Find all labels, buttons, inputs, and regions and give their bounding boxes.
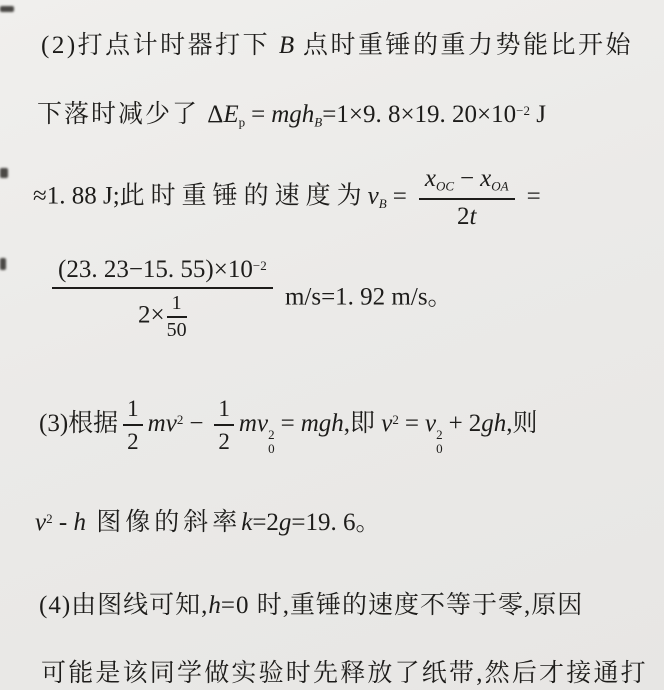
text-run: 下落时减少了 <box>37 101 207 128</box>
text-run: 此时重锤的速度为 <box>120 183 368 210</box>
exponent-minus2: −2 <box>516 103 530 118</box>
fraction-denominator: 2 <box>123 426 143 455</box>
superscript-2: 2 <box>177 412 184 427</box>
subscript-0: 0 <box>436 442 443 456</box>
coefficient-2: 2 <box>457 203 470 230</box>
var-v: v <box>425 410 436 437</box>
numeric-run: (23. 23−15. 55)×10 <box>58 256 253 283</box>
scanned-physics-solution-page: (2)打点计时器打下 B 点时重锤的重力势能比开始 下落时减少了 ΔEp=mgh… <box>0 0 664 690</box>
scan-artifact <box>0 258 6 270</box>
var-v: v <box>381 410 392 437</box>
exponent-minus2: −2 <box>253 258 267 273</box>
text-run: (4)由图线可知, <box>39 592 208 619</box>
fraction-denominator: 50 <box>167 318 187 342</box>
fraction-denominator: 2t <box>419 200 515 231</box>
step3-line2: v2 - h 图像的斜率k=2g=19. 6。 <box>35 502 381 538</box>
numeric-run: =1×9. 8×19. 20×10 <box>322 101 516 128</box>
step2-line2: 下落时减少了 ΔEp=mghB=1×9. 8×19. 20×10−2 J <box>37 94 546 131</box>
fraction-numerator: 1 <box>214 396 234 426</box>
var-g: g <box>279 509 292 536</box>
superscript-2: 2 <box>436 428 443 442</box>
superscript-2: 2 <box>392 412 399 427</box>
step4-line1: (4)由图线可知,h=0 时,重锤的速度不等于零,原因 <box>39 585 583 621</box>
subscript-OA: OA <box>491 179 508 194</box>
equals-sign: = <box>251 101 265 128</box>
fraction-denominator: 2×150 <box>52 289 273 342</box>
coefficient-2: 2 <box>469 410 482 437</box>
velocity-fraction: xOC−xOA2t <box>419 165 515 231</box>
one-half-fraction: 12 <box>123 396 143 455</box>
result-value: =19. 6。 <box>291 509 380 536</box>
v0-squared-supsub: 20 <box>436 428 443 455</box>
subscript-p: p <box>239 115 246 130</box>
var-v: v <box>35 509 46 536</box>
fraction-numerator: 1 <box>167 292 187 318</box>
var-v: v <box>368 183 379 210</box>
approx-value: ≈1. 88 J; <box>33 183 120 210</box>
equals-sign: = <box>527 183 541 210</box>
text-run: 可能是该同学做实验时先释放了纸带,然后才接通打 <box>41 660 648 687</box>
step4-line2: 可能是该同学做实验时先释放了纸带,然后才接通打 <box>41 653 648 689</box>
var-E: E <box>223 101 238 128</box>
text-run: (2)打点计时器打下 <box>41 32 279 59</box>
var-h: h <box>73 509 86 536</box>
step2-line4: (23. 23−15. 55)×10−22×150 m/s=1. 92 m/s。 <box>46 256 453 342</box>
scan-artifact <box>0 168 8 178</box>
minus-sign: − <box>189 410 203 437</box>
delta-symbol: Δ <box>207 101 223 128</box>
var-h: h <box>208 592 221 619</box>
subscript-0: 0 <box>268 442 275 456</box>
equals-sign: = <box>281 410 295 437</box>
step2-line1: (2)打点计时器打下 B 点时重锤的重力势能比开始 <box>41 25 633 61</box>
equals-sign: = <box>405 410 419 437</box>
coefficient: 2× <box>138 302 165 329</box>
one-fiftieth-fraction: 150 <box>167 292 187 342</box>
calculation-fraction: (23. 23−15. 55)×10−22×150 <box>52 256 273 342</box>
var-mgh: mgh <box>301 410 344 437</box>
text-run: ,即 <box>344 410 382 437</box>
var-mv: mv <box>148 410 177 437</box>
plus-sign: + <box>449 410 463 437</box>
dash: - <box>53 509 74 536</box>
text-run: =0 时,重锤的速度不等于零,原因 <box>221 592 583 619</box>
scan-artifact <box>0 6 14 12</box>
fraction-numerator: xOC−xOA <box>419 165 515 200</box>
var-gh: gh <box>481 410 506 437</box>
text-run: (3)根据 <box>39 410 118 437</box>
var-x: x <box>425 165 436 192</box>
text-run: 图像的斜率 <box>86 509 241 536</box>
text-run: 点时重锤的重力势能比开始 <box>294 32 633 59</box>
equals-2: =2 <box>252 509 279 536</box>
step3-line1: (3)根据12mv2−12mv20=mgh,即 v2=v20+2gh,则 <box>39 396 537 455</box>
var-mgh: mgh <box>271 101 314 128</box>
subscript-OC: OC <box>436 179 454 194</box>
step2-line3: ≈1. 88 J;此时重锤的速度为vB=xOC−xOA2t= <box>33 165 547 231</box>
unit-joule: J <box>530 101 546 128</box>
result-run: m/s=1. 92 m/s。 <box>279 284 453 311</box>
equals-sign: = <box>393 183 407 210</box>
var-B: B <box>279 32 294 59</box>
var-mv: mv <box>239 410 268 437</box>
text-run: ,则 <box>506 410 537 437</box>
v0-squared-supsub: 20 <box>268 428 275 455</box>
var-k: k <box>241 509 252 536</box>
one-half-fraction: 12 <box>214 396 234 455</box>
fraction-numerator: 1 <box>123 396 143 426</box>
var-x: x <box>480 165 491 192</box>
fraction-denominator: 2 <box>214 426 234 455</box>
var-t: t <box>469 203 476 230</box>
subscript-B: B <box>379 196 387 211</box>
fraction-numerator: (23. 23−15. 55)×10−2 <box>52 256 273 289</box>
minus-sign: − <box>460 165 474 192</box>
superscript-2: 2 <box>268 428 275 442</box>
